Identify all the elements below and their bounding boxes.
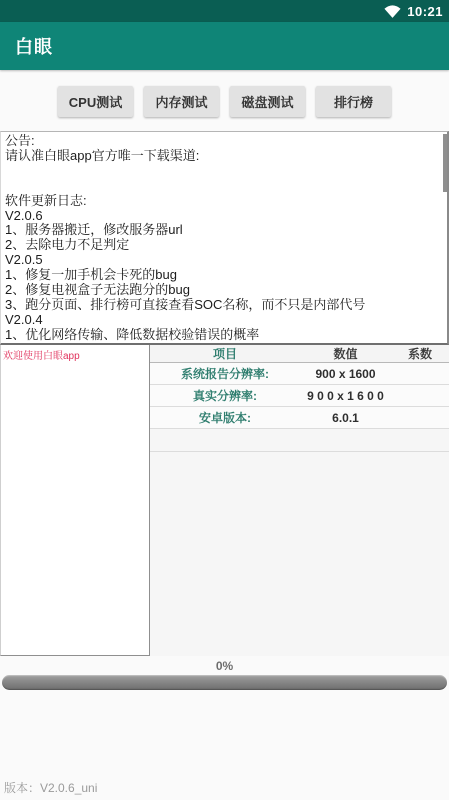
row-value: 6.0.1 (300, 411, 391, 425)
app-title: 白眼 (15, 33, 53, 59)
system-info-panel: 项目 数值 系数 系统报告分辨率: 900 x 1600 真实分辨率: 9 0 … (150, 345, 449, 656)
welcome-panel: 欢迎使用白眼app (0, 345, 150, 656)
row-value: 900 x 1600 (300, 367, 391, 381)
header-item: 项目 (150, 345, 300, 362)
disk-test-button[interactable]: 磁盘测试 (230, 86, 305, 117)
app-screen: 10:21 白眼 CPU测试 内存测试 磁盘测试 排行榜 公告: 请认准白眼ap… (0, 0, 449, 800)
test-button-row: CPU测试 内存测试 磁盘测试 排行榜 (0, 86, 449, 117)
version-label: 版本：V2.0.6_uni (4, 779, 97, 796)
status-time: 10:21 (407, 4, 443, 19)
row-label: 安卓版本: (150, 409, 300, 426)
table-row: 系统报告分辨率: 900 x 1600 (150, 363, 449, 385)
system-info-table: 项目 数值 系数 系统报告分辨率: 900 x 1600 真实分辨率: 9 0 … (150, 345, 449, 452)
wifi-icon (384, 5, 401, 18)
status-bar: 10:21 (0, 0, 449, 22)
welcome-text: 欢迎使用白眼app (3, 351, 80, 362)
progress-bar (2, 675, 447, 690)
scrollbar-thumb[interactable] (443, 134, 447, 192)
row-label: 真实分辨率: (150, 387, 300, 404)
table-row: 真实分辨率: 9 0 0 x 1 6 0 0 (150, 385, 449, 407)
table-empty-row (150, 429, 449, 452)
progress-percent-label: 0% (0, 659, 449, 673)
row-value: 9 0 0 x 1 6 0 0 (300, 389, 391, 403)
announcement-box[interactable]: 公告: 请认准白眼app官方唯一下载渠道: 软件更新日志: V2.0.6 1、服… (0, 131, 449, 345)
memory-test-button[interactable]: 内存测试 (144, 86, 219, 117)
table-header-row: 项目 数值 系数 (150, 345, 449, 363)
table-row: 安卓版本: 6.0.1 (150, 407, 449, 429)
app-bar: 白眼 (0, 22, 449, 70)
ranking-button[interactable]: 排行榜 (316, 86, 391, 117)
announcement-text: 公告: 请认准白眼app官方唯一下载渠道: 软件更新日志: V2.0.6 1、服… (1, 132, 447, 343)
cpu-test-button[interactable]: CPU测试 (58, 86, 133, 117)
header-value: 数值 (300, 345, 391, 362)
middle-section: 欢迎使用白眼app 项目 数值 系数 系统报告分辨率: 900 x 1600 真… (0, 345, 449, 656)
header-coefficient: 系数 (391, 345, 449, 362)
row-label: 系统报告分辨率: (150, 365, 300, 382)
